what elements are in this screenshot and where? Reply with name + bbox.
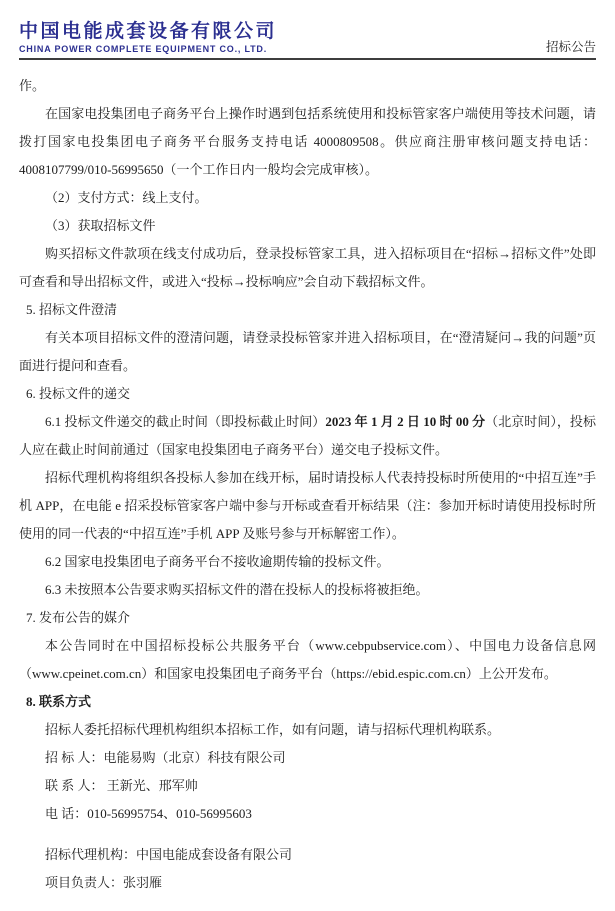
paragraph: 招标人委托招标代理机构组织本招标工作，如有问题，请与招标代理机构联系。 bbox=[19, 716, 596, 744]
paragraph: （2）支付方式：线上支付。 bbox=[19, 184, 596, 212]
paragraph: 招 标 人：电能易购（北京）科技有限公司 bbox=[19, 744, 596, 772]
paragraph: 6.2 国家电投集团电子商务平台不接收逾期传输的投标文件。 bbox=[19, 548, 596, 576]
text-run: 在国家电投集团电子商务平台上操作时遇到包括系统使用和投标管家客户端使用等技术问题… bbox=[19, 106, 596, 177]
company-name-cn: 中国电能成套设备有限公司 bbox=[19, 22, 596, 43]
text-run: 招标人委托招标代理机构组织本招标工作，如有问题，请与招标代理机构联系。 bbox=[45, 722, 500, 737]
text-run: 招 标 人：电能易购（北京）科技有限公司 bbox=[45, 750, 286, 765]
bold-text-run: 2023 年 1 月 2 日 10 时 00 分 bbox=[325, 414, 485, 429]
text-run: 作。 bbox=[19, 78, 45, 93]
text-run: 5. 招标文件澄清 bbox=[26, 302, 117, 317]
section-heading: 7. 发布公告的媒介 bbox=[26, 604, 596, 632]
paragraph: （3）获取招标文件 bbox=[19, 212, 596, 240]
text-run: 7. 发布公告的媒介 bbox=[26, 610, 130, 625]
text-run: 6.1 投标文件递交的截止时间（即投标截止时间） bbox=[45, 414, 325, 429]
text-run: 6.3 未按照本公告要求购买招标文件的潜在投标人的投标将被拒绝。 bbox=[45, 582, 429, 597]
paragraph: 6.1 投标文件递交的截止时间（即投标截止时间）2023 年 1 月 2 日 1… bbox=[19, 408, 596, 464]
paragraph: 购买招标文件款项在线支付成功后，登录投标管家工具，进入招标项目在“招标→招标文件… bbox=[19, 240, 596, 296]
text-run: 联 系 人： 王新光、邢军帅 bbox=[45, 778, 198, 793]
text-run: 招标代理机构：中国电能成套设备有限公司 bbox=[45, 847, 292, 862]
section-heading: 5. 招标文件澄清 bbox=[26, 296, 596, 324]
paragraph: 作。 bbox=[19, 72, 596, 100]
paragraph: 招标代理机构将组织各投标人参加在线开标，届时请投标人代表持投标时所使用的“中招互… bbox=[19, 464, 596, 548]
text-run: （3）获取招标文件 bbox=[45, 218, 156, 233]
text-run: 项目负责人：张羽雁 bbox=[45, 875, 162, 890]
text-run: 6. 投标文件的递交 bbox=[26, 386, 130, 401]
letterhead: 中国电能成套设备有限公司 CHINA POWER COMPLETE EQUIPM… bbox=[19, 0, 596, 60]
paragraph: 本公告同时在中国招标投标公共服务平台（www.cebpubservice.com… bbox=[19, 632, 596, 688]
paragraph: 在国家电投集团电子商务平台上操作时遇到包括系统使用和投标管家客户端使用等技术问题… bbox=[19, 100, 596, 184]
text-run: （2）支付方式：线上支付。 bbox=[45, 190, 208, 205]
paragraph: 电 话：010-56995754、010-56995603 bbox=[19, 800, 596, 828]
text-run: 6.2 国家电投集团电子商务平台不接收逾期传输的投标文件。 bbox=[45, 554, 390, 569]
doc-type-label: 招标公告 bbox=[546, 37, 596, 55]
paragraph: 6.3 未按照本公告要求购买招标文件的潜在投标人的投标将被拒绝。 bbox=[19, 576, 596, 604]
text-run: 本公告同时在中国招标投标公共服务平台（www.cebpubservice.com… bbox=[19, 638, 596, 681]
paragraph: 联 系 人： 王新光、邢军帅 bbox=[19, 772, 596, 800]
company-logo: 中国电能成套设备有限公司 CHINA POWER COMPLETE EQUIPM… bbox=[19, 22, 596, 54]
text-run: 8. 联系方式 bbox=[26, 694, 91, 709]
paragraph-spacer bbox=[19, 828, 596, 841]
text-run: 购买招标文件款项在线支付成功后，登录投标管家工具，进入招标项目在“招标→招标文件… bbox=[19, 246, 596, 289]
paragraph: 项目负责人：张羽雁 bbox=[19, 869, 596, 897]
text-run: 电 话：010-56995754、010-56995603 bbox=[45, 806, 252, 821]
section-heading: 6. 投标文件的递交 bbox=[26, 380, 596, 408]
paragraph: 招标代理机构：中国电能成套设备有限公司 bbox=[19, 841, 596, 869]
section-heading: 8. 联系方式 bbox=[26, 688, 596, 716]
company-name-en: CHINA POWER COMPLETE EQUIPMENT CO., LTD. bbox=[19, 44, 596, 54]
document-body: 作。在国家电投集团电子商务平台上操作时遇到包括系统使用和投标管家客户端使用等技术… bbox=[19, 60, 596, 897]
paragraph: 有关本项目招标文件的澄清问题，请登录投标管家并进入招标项目，在“澄清疑问→我的问… bbox=[19, 324, 596, 380]
text-run: 有关本项目招标文件的澄清问题，请登录投标管家并进入招标项目，在“澄清疑问→我的问… bbox=[19, 330, 596, 373]
announcement-page: 中国电能成套设备有限公司 CHINA POWER COMPLETE EQUIPM… bbox=[0, 0, 615, 911]
text-run: 招标代理机构将组织各投标人参加在线开标，届时请投标人代表持投标时所使用的“中招互… bbox=[19, 470, 596, 541]
